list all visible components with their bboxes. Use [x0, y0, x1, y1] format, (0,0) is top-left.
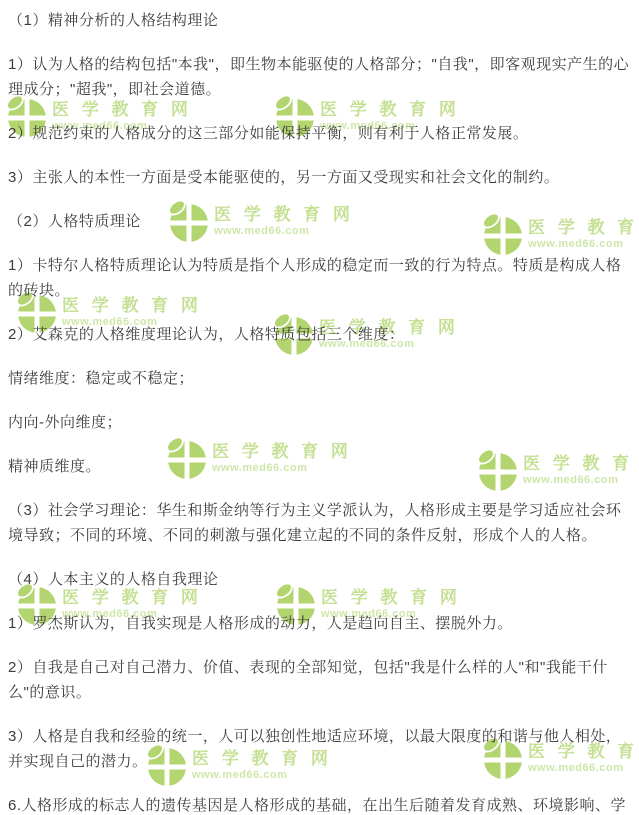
- paragraph-6: 1）卡特尔人格特质理论认为特质是指个人形成的稳定而一致的行为特点。特质是构成人格…: [8, 253, 633, 303]
- paragraph-2: 1）认为人格的结构包括"本我"，即生物本能驱使的人格部分；"自我"，即客观现实产…: [8, 52, 633, 102]
- document-page: 医 学 教 育 网www.med66.com医 学 教 育 网www.med66…: [0, 0, 639, 815]
- paragraph-8: 情绪维度：稳定或不稳定；: [8, 366, 633, 391]
- paragraph-4: 3）主张人的本性一方面是受本能驱使的，另一方面又受现实和社会文化的制约。: [8, 165, 633, 190]
- paragraph-3: 2）规范约束的人格成分的这三部分如能保持平衡，则有利于人格正常发展。: [8, 121, 633, 146]
- paragraph-15: 3）人格是自我和经验的统一，人可以独创性地适应环境，以最大限度的和谐与他人相处，…: [8, 724, 633, 774]
- paragraph-5: （2）人格特质理论: [8, 209, 633, 234]
- paragraph-7: 2）艾森克的人格维度理论认为，人格特质包括三个维度：: [8, 322, 633, 347]
- paragraph-16: 6.人格形成的标志人的遗传基因是人格形成的基础，在出生后随着发育成熟、环境影响、…: [8, 793, 633, 815]
- paragraph-11: （3）社会学习理论：华生和斯金纳等行为主义学派认为，人格形成主要是学习适应社会环…: [8, 498, 633, 548]
- paragraph-1: （1）精神分析的人格结构理论: [8, 8, 633, 33]
- paragraph-9: 内向-外向维度；: [8, 410, 633, 435]
- paragraph-12: （4）人本主义的人格自我理论: [8, 567, 633, 592]
- document-content: （1）精神分析的人格结构理论1）认为人格的结构包括"本我"，即生物本能驱使的人格…: [0, 0, 639, 815]
- paragraph-13: 1）罗杰斯认为，自我实现是人格形成的动力，人是趋向自主、摆脱外力。: [8, 611, 633, 636]
- paragraph-10: 精神质维度。: [8, 454, 633, 479]
- paragraph-14: 2）自我是自己对自己潜力、价值、表现的全部知觉，包括"我是什么样的人"和"我能干…: [8, 655, 633, 705]
